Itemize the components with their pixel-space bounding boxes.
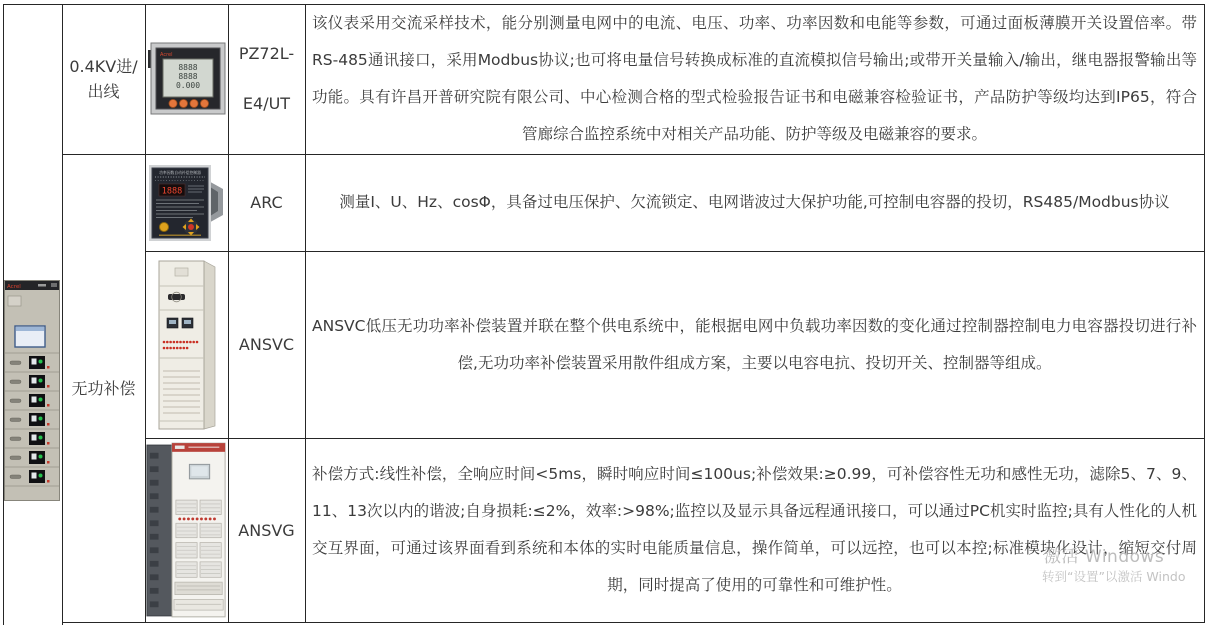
grid-line — [145, 4, 146, 623]
category-label: 0.4KV进/出线 — [67, 54, 141, 104]
svg-text:0.000: 0.000 — [175, 81, 199, 90]
windows-activation-watermark: 激活 Windows — [1044, 542, 1164, 567]
image-cell-pz72l: Acrel 8888 8888 0.000 — [145, 4, 228, 154]
category-label: 无功补偿 — [67, 376, 141, 401]
pz72l-meter-image: Acrel 8888 8888 0.000 — [147, 42, 227, 116]
image-cell-ansvc — [145, 251, 228, 438]
grid-line — [228, 4, 229, 623]
description-cell-ansvc: ANSVC低压无功功率补偿装置并联在整个供电系统中，能根据电网中负载功率因数的变… — [305, 251, 1204, 438]
indicator-lights — [178, 517, 216, 520]
model-cell-ansvc: ANSVC — [228, 251, 305, 438]
left-column-cell: Acrel — [4, 280, 61, 507]
svg-text:1888: 1888 — [161, 186, 181, 196]
windows-activation-watermark-subtext: 转到“设置”以激活 Windo — [1042, 567, 1186, 585]
grid-line — [62, 622, 1205, 623]
model-label: ARC — [250, 193, 282, 212]
arc-yellow-button — [159, 222, 168, 231]
description-cell-ansvg: 补偿方式:线性补偿，全响应时间<5ms，瞬时响应时间≤100us;补偿效果:≥0… — [305, 438, 1204, 622]
grid-line — [3, 4, 4, 625]
grid-line — [3, 4, 1205, 5]
grid-line — [62, 154, 1205, 155]
image-cell-ansvg — [145, 438, 228, 622]
grid-line — [62, 4, 63, 625]
document-page: { "table": { "left_column_image": "switc… — [0, 0, 1207, 625]
image-cell-arc: 功率因数自动补偿控制器 1888 — [145, 154, 228, 251]
category-cell-04kv: 0.4KV进/出线 — [62, 4, 145, 154]
svg-text:8888: 8888 — [178, 72, 197, 81]
rotary-switch — [168, 294, 185, 300]
description-cell-arc: 测量I、U、Hz、cosΦ，具备过电压保护、欠流锁定、电网谐波过大保护功能,可控… — [305, 154, 1204, 251]
model-label: ANSVG — [238, 521, 294, 540]
description-cell-pz72l: 该仪表采用交流采样技术，能分别测量电网中的电流、电压、功率、功率因数和电能等参数… — [305, 4, 1204, 154]
grid-line — [305, 4, 306, 623]
model-cell-arc: ARC — [228, 154, 305, 251]
model-label: ANSVC — [239, 335, 294, 354]
acrel-logo: Acrel — [7, 284, 21, 290]
description-text: ANSVC低压无功功率补偿装置并联在整个供电系统中，能根据电网中负载功率因数的变… — [305, 308, 1204, 382]
grid-line — [145, 251, 1205, 252]
arc-controller-image: 功率因数自动补偿控制器 1888 — [147, 161, 227, 245]
switchgear-cabinet-image: Acrel — [4, 280, 61, 503]
model-cell-ansvg: ANSVG — [228, 438, 305, 622]
ansvg-cabinet-image — [145, 438, 228, 622]
grid-line — [1204, 4, 1205, 623]
category-cell-wugongbuchang: 无功补偿 — [62, 154, 145, 622]
acrel-logo: Acrel — [160, 52, 173, 58]
bottom-grille — [175, 582, 222, 595]
svg-text:功率因数自动补偿控制器: 功率因数自动补偿控制器 — [159, 170, 201, 175]
svg-text:8888: 8888 — [178, 63, 197, 72]
description-text: 测量I、U、Hz、cosΦ，具备过电压保护、欠流锁定、电网谐波过大保护功能,可控… — [305, 184, 1204, 221]
ansvc-cabinet-image — [156, 258, 218, 432]
grid-line — [145, 438, 1205, 439]
model-cell-pz72l: PZ72L- E4/UT — [228, 4, 305, 154]
model-label: PZ72L- E4/UT — [239, 29, 294, 129]
description-text: 该仪表采用交流采样技术，能分别测量电网中的电流、电压、功率、功率因数和电能等参数… — [305, 5, 1204, 153]
